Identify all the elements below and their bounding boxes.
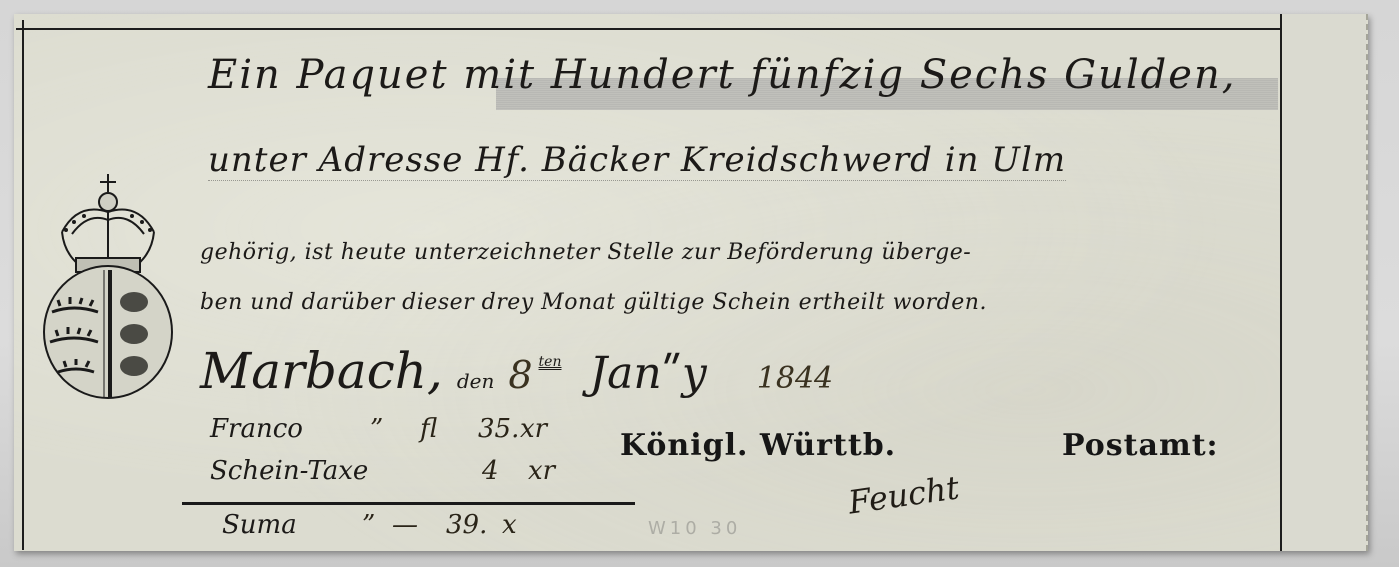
place-name: Marbach, [200, 342, 443, 400]
fee-total-label: Suma [222, 510, 297, 540]
date-day-suffix: ten [539, 354, 562, 370]
receipt-stub [1283, 14, 1366, 551]
fee-total-unit: x [502, 510, 517, 540]
text-line-receipt-clause-1: gehörig, ist heute unterzeichneter Stell… [200, 240, 971, 265]
fee-label: Schein-Taxe [210, 456, 368, 486]
frame-top-rule [16, 28, 1281, 30]
frame-right-rule [1280, 14, 1282, 551]
office-name-right: Postamt: [1062, 428, 1219, 463]
fee-total-rule [182, 502, 635, 505]
date-month: Janʺy [589, 348, 706, 399]
fee-total-mark: ” [362, 510, 375, 540]
place-date-line: Marbach,den8tenJanʺy1844 [200, 342, 833, 400]
wuerttemberg-coat-of-arms-icon [38, 172, 178, 402]
office-name-left: Königl. Württb. [620, 428, 896, 463]
fee-mark: ” [370, 414, 383, 444]
fee-currency: fl [420, 414, 437, 444]
fee-amount: 35. [478, 414, 519, 444]
fee-total-dash: — [392, 510, 418, 540]
text-line-receipt-clause-2: ben und darüber dieser drey Monat gültig… [200, 290, 987, 315]
fee-unit: xr [520, 414, 547, 444]
fee-total-amount: 39. [446, 510, 487, 540]
date-den: den [457, 369, 495, 393]
text-line-parcel-description: Ein Paquet mit Hundert fünfzig Sechs Gul… [208, 52, 1236, 98]
fee-amount: 4 [482, 456, 499, 486]
frame-left-rule [22, 20, 24, 550]
date-year: 1844 [757, 361, 833, 396]
date-day: 8 [508, 353, 532, 397]
fee-label: Franco [210, 414, 303, 444]
text-line-address: unter Adresse Hf. Bäcker Kreidschwerd in… [208, 140, 1066, 181]
fee-unit: xr [528, 456, 555, 486]
pencil-note: W10 30 [648, 518, 741, 539]
